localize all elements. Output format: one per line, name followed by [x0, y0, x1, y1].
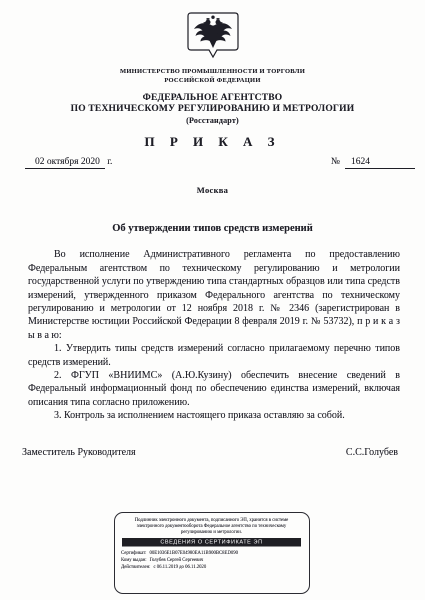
double-headed-eagle-icon	[187, 12, 239, 62]
agency-line-2: ПО ТЕХНИЧЕСКОМУ РЕГУЛИРОВАНИЮ И МЕТРОЛОГ…	[0, 104, 425, 115]
number-sign: №	[331, 157, 340, 169]
ministry-name: МИНИСТЕРСТВО ПРОМЫШЛЕННОСТИ И ТОРГОВЛИ Р…	[0, 68, 425, 86]
body-paragraph-item-3: 3. Контроль за исполнением настоящего пр…	[28, 409, 400, 422]
coat-of-arms-emblem	[187, 12, 239, 62]
document-body: Во исполнение Административного регламен…	[0, 248, 425, 422]
e-signature-stamp: Подлинник электронного документа, подпис…	[114, 512, 310, 594]
document-number-value: 1624	[345, 157, 415, 169]
ministry-line-1: МИНИСТЕРСТВО ПРОМЫШЛЕННОСТИ И ТОРГОВЛИ	[0, 68, 425, 77]
signer-position: Заместитель Руководителя	[22, 447, 136, 458]
signature-row: Заместитель Руководителя С.С.Голубев	[22, 447, 398, 458]
e-signature-stamp-content: Подлинник электронного документа, подпис…	[115, 513, 308, 574]
stamp-certificate-value: 00E1036E1B07E04980EA11B900BC8ED090	[149, 550, 237, 557]
document-page: МИНИСТЕРСТВО ПРОМЫШЛЕННОСТИ И ТОРГОВЛИ Р…	[0, 0, 425, 600]
stamp-valid-row: Действителен: с 06.11.2019 до 06.11.2020	[121, 564, 302, 571]
document-number: № 1624	[331, 157, 415, 169]
document-date-suffix: г.	[107, 157, 112, 167]
date-number-row: 02 октября 2020 г. № 1624	[0, 157, 425, 169]
document-date: 02 октября 2020 г.	[25, 157, 112, 169]
city-label: Москва	[0, 185, 425, 195]
body-paragraph-item-1: 1. Утвердить типы средств измерений согл…	[28, 342, 400, 369]
stamp-valid-value: с 06.11.2019 до 06.11.2020	[153, 564, 206, 571]
document-type-title: П Р И К А З	[0, 134, 425, 150]
subject-title: Об утверждении типов средств измерений	[0, 223, 425, 234]
stamp-intro-text: Подлинник электронного документа, подпис…	[129, 517, 294, 535]
stamp-certificate-label: Сертификат:	[121, 550, 147, 557]
stamp-issued-value: Голубев Сергей Сергеевич	[149, 557, 203, 564]
stamp-issued-label: Кому выдан:	[121, 557, 147, 564]
stamp-banner: СВЕДЕНИЯ О СЕРТИФИКАТЕ ЭП	[122, 538, 301, 547]
document-header: МИНИСТЕРСТВО ПРОМЫШЛЕННОСТИ И ТОРГОВЛИ Р…	[0, 0, 425, 423]
stamp-issued-row: Кому выдан: Голубев Сергей Сергеевич	[121, 557, 302, 564]
signer-name: С.С.Голубев	[346, 447, 398, 458]
ministry-line-2: РОССИЙСКОЙ ФЕДЕРАЦИИ	[0, 77, 425, 86]
document-date-value: 02 октября 2020	[25, 157, 105, 169]
stamp-valid-label: Действителен:	[121, 564, 150, 571]
agency-short-name: (Росстандарт)	[0, 116, 425, 125]
body-paragraph-preamble: Во исполнение Административного регламен…	[28, 248, 400, 342]
agency-line-1: ФЕДЕРАЛЬНОЕ АГЕНТСТВО	[0, 93, 425, 104]
agency-name: ФЕДЕРАЛЬНОЕ АГЕНТСТВО ПО ТЕХНИЧЕСКОМУ РЕ…	[0, 93, 425, 126]
body-paragraph-item-2: 2. ФГУП «ВНИИМС» (А.Ю.Кузину) обеспечить…	[28, 369, 400, 409]
stamp-certificate-row: Сертификат: 00E1036E1B07E04980EA11B900BC…	[121, 550, 302, 557]
